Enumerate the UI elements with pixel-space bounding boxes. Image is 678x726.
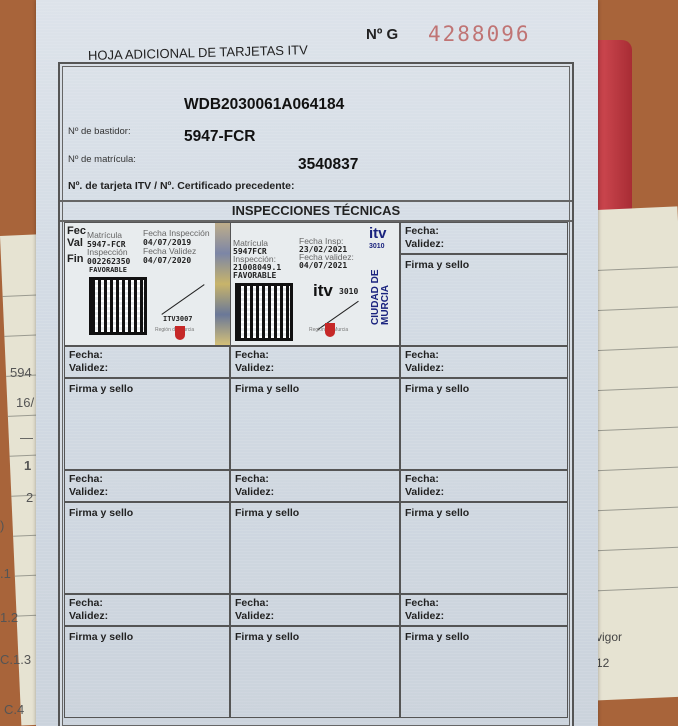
bg-text: 12 [596,656,622,670]
underlying-right-text: vigor 12 [596,630,622,682]
vin-label: Nº de bastidor: [68,126,131,137]
inspection-slot-5: Fecha:Validez: Firma y sello [230,346,400,470]
signature-label: Firma y sello [69,383,133,395]
divider [231,625,399,627]
document-title: HOJA ADICIONAL DE TARJETAS ITV [88,42,308,63]
validez-label: Validez: [405,610,444,622]
inspection-date-label: Fecha Inspección [143,229,210,238]
signature-label: Firma y sello [235,507,299,519]
bg-cell: C.4 [4,702,24,717]
date-field: Fecha:Validez: [405,225,444,251]
fecha-label: Fecha: [235,473,269,485]
signature-label: Firma y sello [235,383,299,395]
inspection-slot-9: Fecha:Validez: Firma y sello [400,470,568,594]
covered-label: Fec [67,227,86,236]
fecha-label: Fecha: [235,597,269,609]
signature-label: Firma y sello [405,507,469,519]
vehicle-info: WDB2030061A064184 Nº de bastidor: 5947-F… [66,70,564,202]
card-number-label: Nº. de tarjeta ITV / Nº. Certificado pre… [68,180,294,192]
validity-date: 04/07/2020 [143,256,191,265]
bg-cell: ) [0,518,4,533]
inspection-slot-1: Fec Val Fin Matrícula 5947-FCR Inspecció… [64,222,230,346]
validez-label: Validez: [405,486,444,498]
signature-label: Firma y sello [235,631,299,643]
divider [401,377,567,379]
fecha-label: Fecha: [69,349,103,361]
plate-value: 5947-FCR [184,128,256,146]
signature-label: Firma y sello [405,383,469,395]
covered-label: Fin [67,255,84,264]
divider [231,377,399,379]
city-label: CIUDAD DE MURCIA [371,255,391,325]
form-frame: WDB2030061A064184 Nº de bastidor: 5947-F… [58,62,574,726]
signature-label: Firma y sello [405,259,469,271]
divider [401,625,567,627]
date-field: Fecha:Validez: [235,473,274,499]
validez-label: Validez: [69,486,108,498]
validez-label: Validez: [405,362,444,374]
validity-date-label: Fecha Validez [143,247,196,256]
hologram-strip [215,223,231,345]
date-field: Fecha:Validez: [69,349,108,375]
result-badge: FAVORABLE [233,271,276,280]
plate-label: Matrícula [87,231,122,240]
document-number-label: Nº G [366,26,398,43]
inspection-label: Inspección [87,248,128,257]
validez-label: Validez: [235,610,274,622]
divider [65,377,229,379]
fecha-label: Fecha: [405,473,439,485]
fecha-label: Fecha: [69,597,103,609]
inspection-slot-8: Fecha:Validez: Firma y sello [230,470,400,594]
inspection-sticker-2021: Matrícula 5947FCR Inspección: 21008049.1… [231,223,399,345]
validity-date: 04/07/2021 [299,261,347,270]
inspection-slot-12: Fecha:Validez: Firma y sello [400,594,568,718]
date-field: Fecha:Validez: [69,597,108,623]
bg-cell: 2 [26,490,33,505]
date-field: Fecha:Validez: [405,597,444,623]
inspection-slot-6: Fecha:Validez: Firma y sello [400,346,568,470]
bg-cell: — [20,430,33,445]
bg-cell: .1 [0,566,11,581]
result-badge: FAVORABLE [89,266,127,274]
fecha-label: Fecha: [405,597,439,609]
validez-label: Validez: [405,238,444,250]
bg-cell: 594 [10,365,32,380]
date-field: Fecha:Validez: [235,349,274,375]
fecha-label: Fecha: [405,349,439,361]
bg-text: vigor [596,630,622,644]
inspection-slot-3: Fecha:Validez: Firma y sello [400,222,568,346]
inspection-grid: Fec Val Fin Matrícula 5947-FCR Inspecció… [64,222,568,722]
qr-code-icon [235,283,293,341]
fecha-label: Fecha: [69,473,103,485]
plate-label: Nº de matrícula: [68,154,136,165]
bg-cell: 1 [24,458,31,473]
itv-logo-large: itv [313,281,333,301]
qr-code-icon [89,277,147,335]
bg-cell: C.1.3 [0,652,31,667]
signature-label: Firma y sello [69,631,133,643]
divider [401,253,567,255]
card-number-value: 3540837 [298,156,358,174]
date-field: Fecha:Validez: [405,473,444,499]
bg-cell: 16/ [16,395,34,410]
inspection-slot-7: Fecha:Validez: Firma y sello [64,470,230,594]
divider [401,501,567,503]
murcia-crest-icon [175,326,185,340]
inspection-number: 002262350 [87,257,130,266]
inspection-sticker-2019: Fec Val Fin Matrícula 5947-FCR Inspecció… [65,223,231,345]
inspection-slot-11: Fecha:Validez: Firma y sello [230,594,400,718]
station-code-large: 3010 [339,287,358,296]
vin-value: WDB2030061A064184 [184,96,344,114]
validez-label: Validez: [69,610,108,622]
section-title: INSPECCIONES TÉCNICAS [60,203,572,218]
date-field: Fecha:Validez: [235,597,274,623]
murcia-crest-icon [325,323,335,337]
date-field: Fecha:Validez: [405,349,444,375]
document-number: 4288096 [428,22,531,46]
fecha-label: Fecha: [405,225,439,237]
validez-label: Validez: [235,486,274,498]
station-code: ITV3007 [163,315,193,323]
validez-label: Validez: [235,362,274,374]
itv-logo: itv [369,225,387,242]
divider [60,200,572,202]
divider [65,625,229,627]
date-field: Fecha:Validez: [69,473,108,499]
inspection-slot-10: Fecha:Validez: Firma y sello [64,594,230,718]
validez-label: Validez: [69,362,108,374]
covered-label: Val [67,239,83,248]
inspection-slot-2: Matrícula 5947FCR Inspección: 21008049.1… [230,222,400,346]
divider [231,501,399,503]
itv-additional-sheet: HOJA ADICIONAL DE TARJETAS ITV Nº G 4288… [36,0,598,726]
station-code: 3010 [369,243,385,250]
signature-label: Firma y sello [69,507,133,519]
inspection-slot-4: Fecha:Validez: Firma y sello [64,346,230,470]
fecha-label: Fecha: [235,349,269,361]
signature [161,284,204,315]
bg-cell: 1.2 [0,610,18,625]
signature [317,301,359,330]
signature-label: Firma y sello [405,631,469,643]
divider [65,501,229,503]
